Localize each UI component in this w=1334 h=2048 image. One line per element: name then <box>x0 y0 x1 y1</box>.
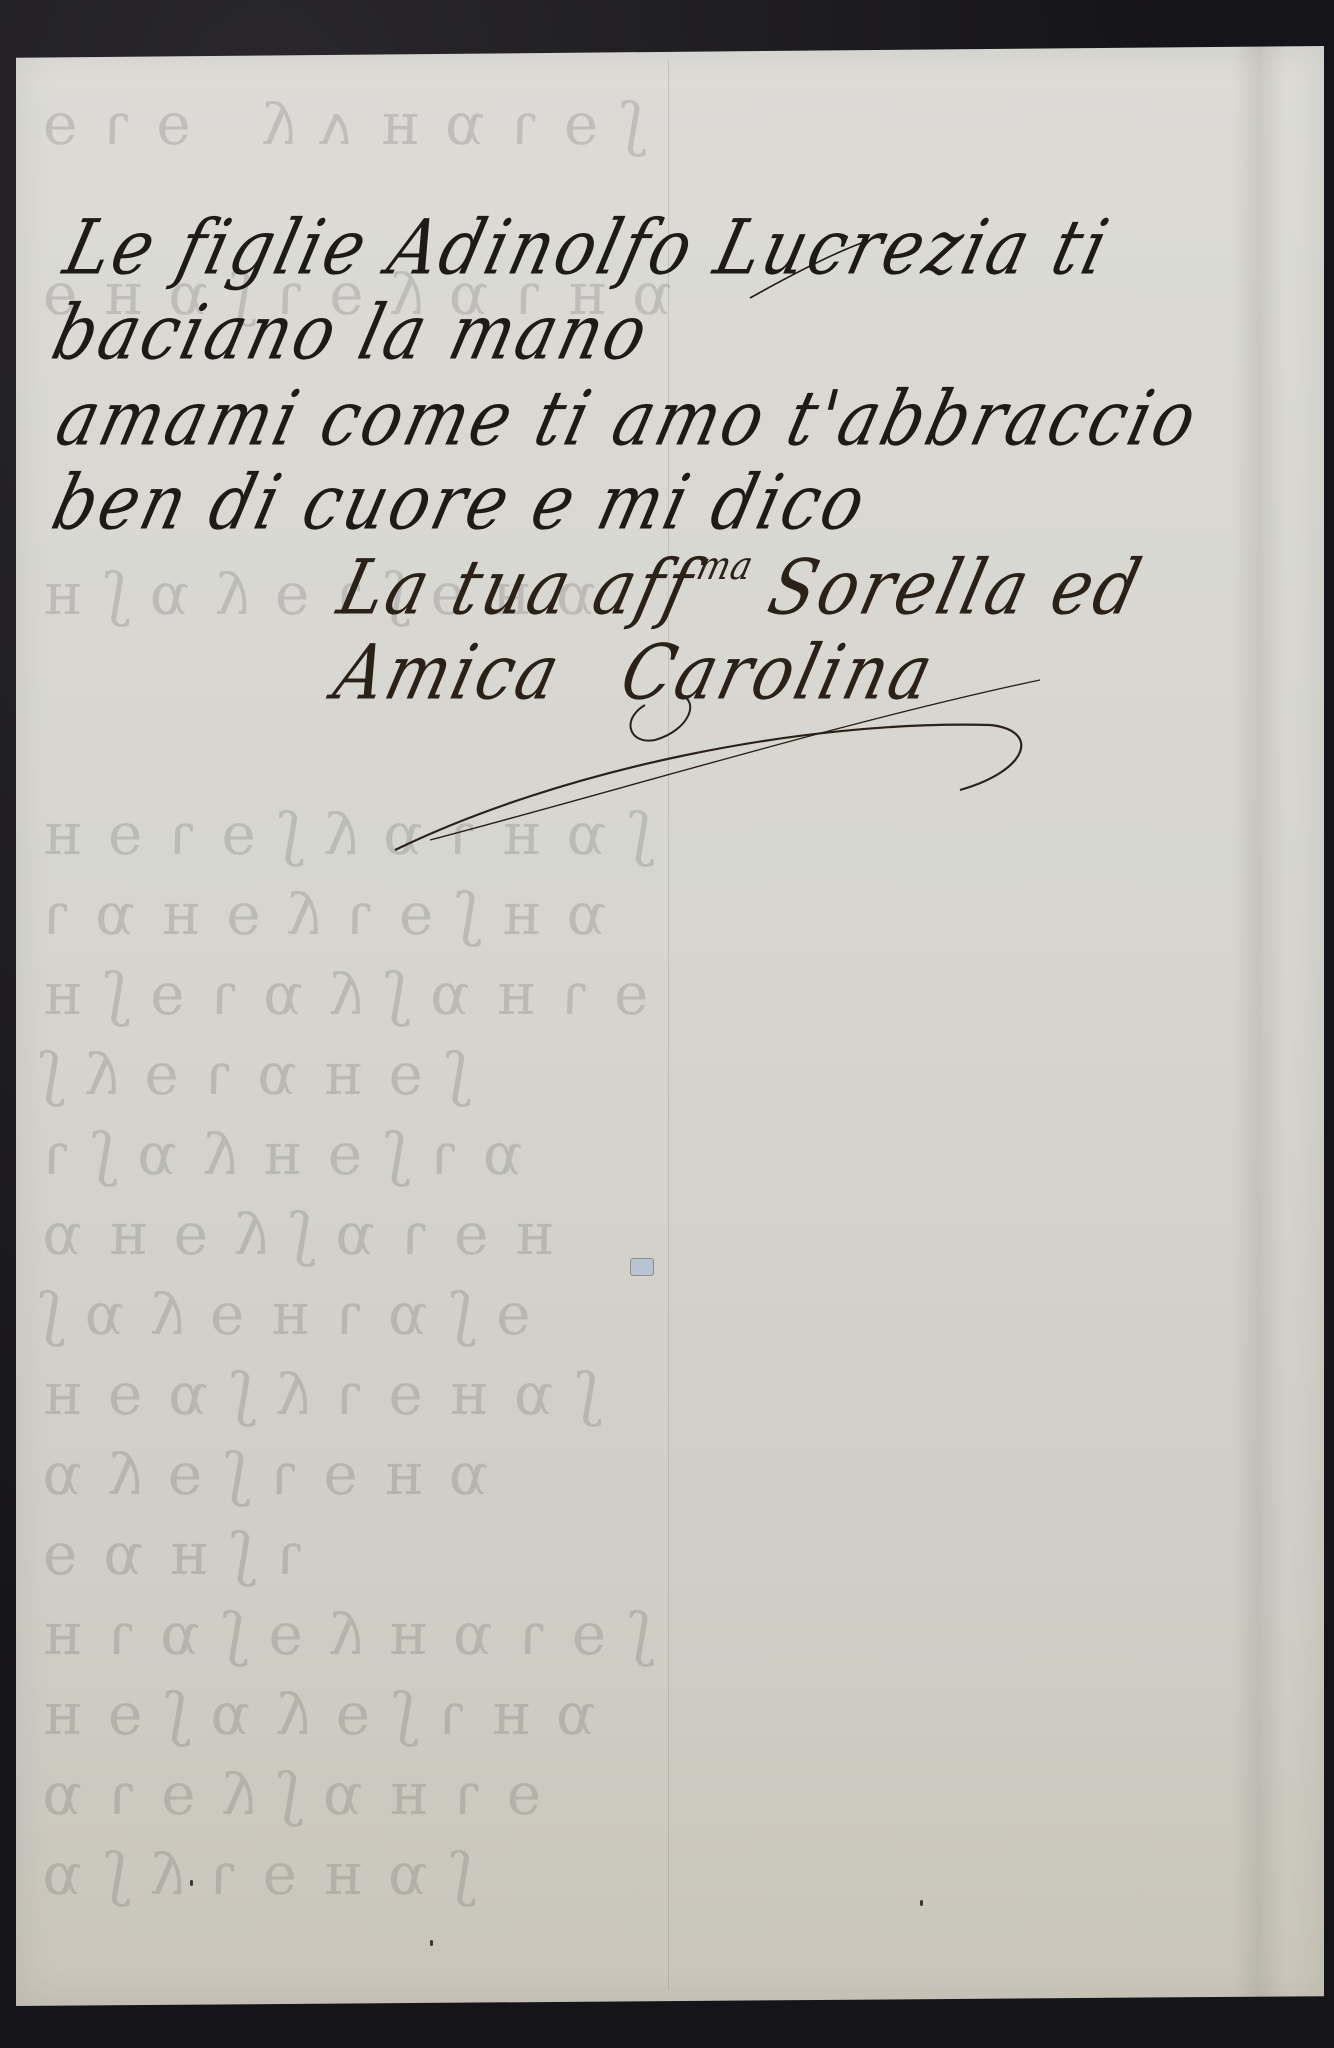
bleed-through-texture: ɒ ʜ ɿ ʃ ɘ ʎ ɒ ʃ ɘ ʜ <box>33 1680 1287 1748</box>
closing-prefix: La tua aff <box>330 543 704 632</box>
tape-fragment <box>630 1258 654 1276</box>
letter-line-1: Le figlie Adinolfo Lucrezia ti <box>56 203 1119 292</box>
bleed-through-texture: ɘ ɿ ʜ ɒ ʃ ʎ ɘ ɿ ɒ <box>33 1760 1287 1828</box>
bleed-through-texture: ʃ ɒ ʜ ɘ ɿ ʎ ʃ ɒ ɘ ʜ <box>33 1360 1287 1428</box>
bleed-through-texture: ɒ ɿ ʃ ɘ ʜ ʎ ɒ ʃ ɿ <box>33 1120 1287 1188</box>
signature-name: Carolina <box>613 628 944 717</box>
bleed-through-texture: ɒ ʜ ɘ ɿ ʃ ɘ ʎ ɒ <box>33 1440 1287 1508</box>
bleed-through-texture: ɒ ʜ ʃ ɘ ɿ ʎ ɘ ʜ ɒ ɿ <box>33 880 1287 948</box>
letter-line-2: baciano la mano <box>44 288 659 377</box>
bleed-through-texture: ɘ ʃ ɒ ɿ ʜ ɘ ʎ ɒ ʃ <box>33 1280 1287 1348</box>
bleed-through-texture: ɿ ʃ ʜ ɒ ɘ <box>33 1520 1287 1588</box>
letter-line-4: ben di cuore e mi dico <box>44 458 877 547</box>
bleed-through-texture: ʃ ɒ ʜ ɘ ɿ ʎ ʃ ɒ <box>33 1840 1287 1908</box>
bleed-through-texture: ʃ ɘ ʜ ɒ ɿ ɘ ʎ ʃ <box>33 1040 1287 1108</box>
closing-suffix: Sorella ed <box>736 543 1151 632</box>
closing-line: La tua affma Sorella ed <box>330 543 1152 632</box>
signature-line: Amica Carolina <box>326 628 944 717</box>
letter-line-3: amami come ti amo t'abbraccio <box>48 374 1208 463</box>
signature-prefix: Amica <box>326 628 571 717</box>
bleed-through-texture: ʃ ɘ ɿ ɒ ʜ ʎ ɘ ʃ ɒ ɿ ʜ <box>33 1600 1287 1668</box>
bleed-through-texture: ʜ ɘ ɿ ɒ ʃ ʎ ɘ ʜ ɒ <box>33 1200 1287 1268</box>
bleed-through-texture: ɘ ɿ ʜ ɒ ʃ ʎ ɒ ɿ ɘ ʃ ʜ <box>33 960 1287 1028</box>
ink-speck <box>920 1900 923 1906</box>
ink-speck <box>430 1940 433 1946</box>
bleed-through-texture: ʃ ɘ ɿ ɒ ʜ ʌ ʎ ɘ ɿ ɘ <box>33 90 1287 158</box>
bleed-through-texture: ʃ ɒ ʜ ɿ ɒ ʎ ʃ ɘ ɿ ɘ ʜ <box>33 800 1287 868</box>
ink-speck <box>190 1880 193 1886</box>
